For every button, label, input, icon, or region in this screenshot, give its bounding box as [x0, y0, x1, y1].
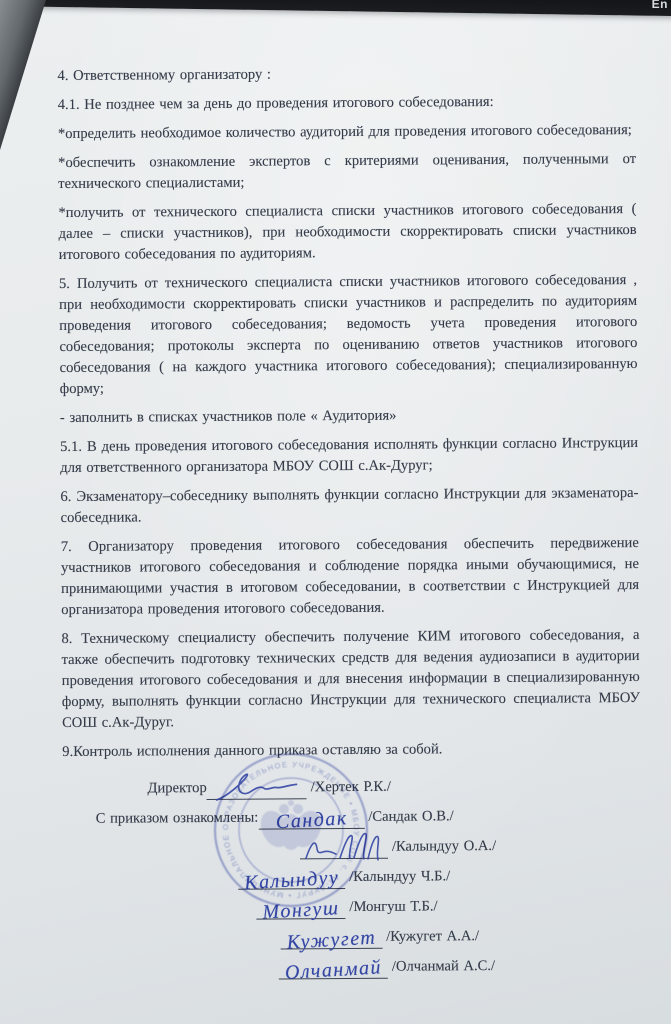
document-photo-paper: En 4. Ответственному организатору : 4.1.…	[0, 0, 671, 1024]
acknowledged-row: Монгуш /Монгуш Т.Б./	[63, 887, 641, 921]
paragraph-5-1: 5.1. В день проведения итогового собесед…	[60, 433, 638, 479]
signature-autograph: Сандак	[269, 808, 354, 833]
photo-dark-background-edge	[0, 0, 671, 17]
acknowledged-row: Олчанмай /Олчанмай А.С./	[64, 947, 642, 981]
signatory-name: /Калындуу Ч.Б./	[349, 866, 450, 889]
paragraph-bullet-3: *получить от технического специалиста сп…	[58, 199, 636, 266]
acknowledged-row: Кужугет /Кужугет А.А./	[63, 917, 641, 951]
paragraph-4: 4. Ответственному организатору :	[57, 62, 635, 87]
paper-corner-edge	[0, 0, 46, 150]
paragraph-9: 9.Контроль исполнения данного приказа ос…	[62, 738, 640, 763]
signature-autograph: Монгуш	[256, 898, 346, 923]
director-label: Директор	[147, 778, 206, 800]
signature-line: Олчанмай	[279, 949, 388, 980]
director-signature-line	[207, 769, 307, 800]
paragraph-7: 7. Организатору проведения итогового соб…	[61, 533, 640, 621]
director-autograph-flourish	[213, 772, 301, 803]
document-body: 4. Ответственному организатору : 4.1. Не…	[57, 62, 641, 981]
signatory-name: /Кужугет А.А./	[386, 926, 479, 949]
signatory-name: /Монгуш Т.Б./	[349, 896, 437, 919]
acknowledged-row: С приказом ознакомлены: Сандак /Калындуу…	[63, 797, 641, 831]
paragraph-4-1: 4.1. Не позднее чем за день до проведени…	[58, 91, 636, 116]
acknowledged-row: Калындуу /Калындуу Ч.Б./	[63, 857, 641, 891]
signature-autograph: Олчанмай	[278, 957, 388, 983]
director-signature-row: Директор /Хертек Р.К./	[62, 767, 640, 801]
paragraph-bullet-1: *определить необходимое количество аудит…	[58, 120, 636, 145]
acknowledged-row: /Калындуу О.А./	[63, 827, 641, 861]
signatory-name: /Калындуу О.А./	[392, 836, 496, 859]
signature-line: Сандак	[258, 799, 364, 830]
paragraph-dash-item: - заполнить в списках участников поле « …	[60, 404, 638, 429]
paragraph-6: 6. Экзаменатору–собеседнику выполнять фу…	[60, 483, 638, 529]
signature-line: Калындуу	[238, 859, 345, 890]
signature-block: Директор /Хертек Р.К./ С приказом ознако…	[62, 767, 641, 981]
signature-line: Монгуш	[256, 889, 345, 920]
paragraph-5: 5. Получить от технического специалиста …	[59, 270, 638, 400]
signature-line: Кужугет	[280, 919, 382, 950]
director-name: /Хертек Р.К./	[311, 777, 391, 800]
corner-overlay-text: En	[652, 0, 668, 11]
acknowledged-label: С приказом ознакомлены:	[96, 808, 259, 831]
signatory-name: /Сандак О.В./	[368, 806, 453, 829]
signatory-name: /Олчанмай А.С./	[392, 956, 495, 979]
signature-line	[300, 829, 388, 860]
signature-autograph-flourish	[302, 830, 386, 863]
paragraph-8: 8. Техническому специалисту обеспечить п…	[61, 625, 640, 734]
paragraph-bullet-2: *обеспечить ознакомление экспертов с кри…	[58, 149, 636, 195]
